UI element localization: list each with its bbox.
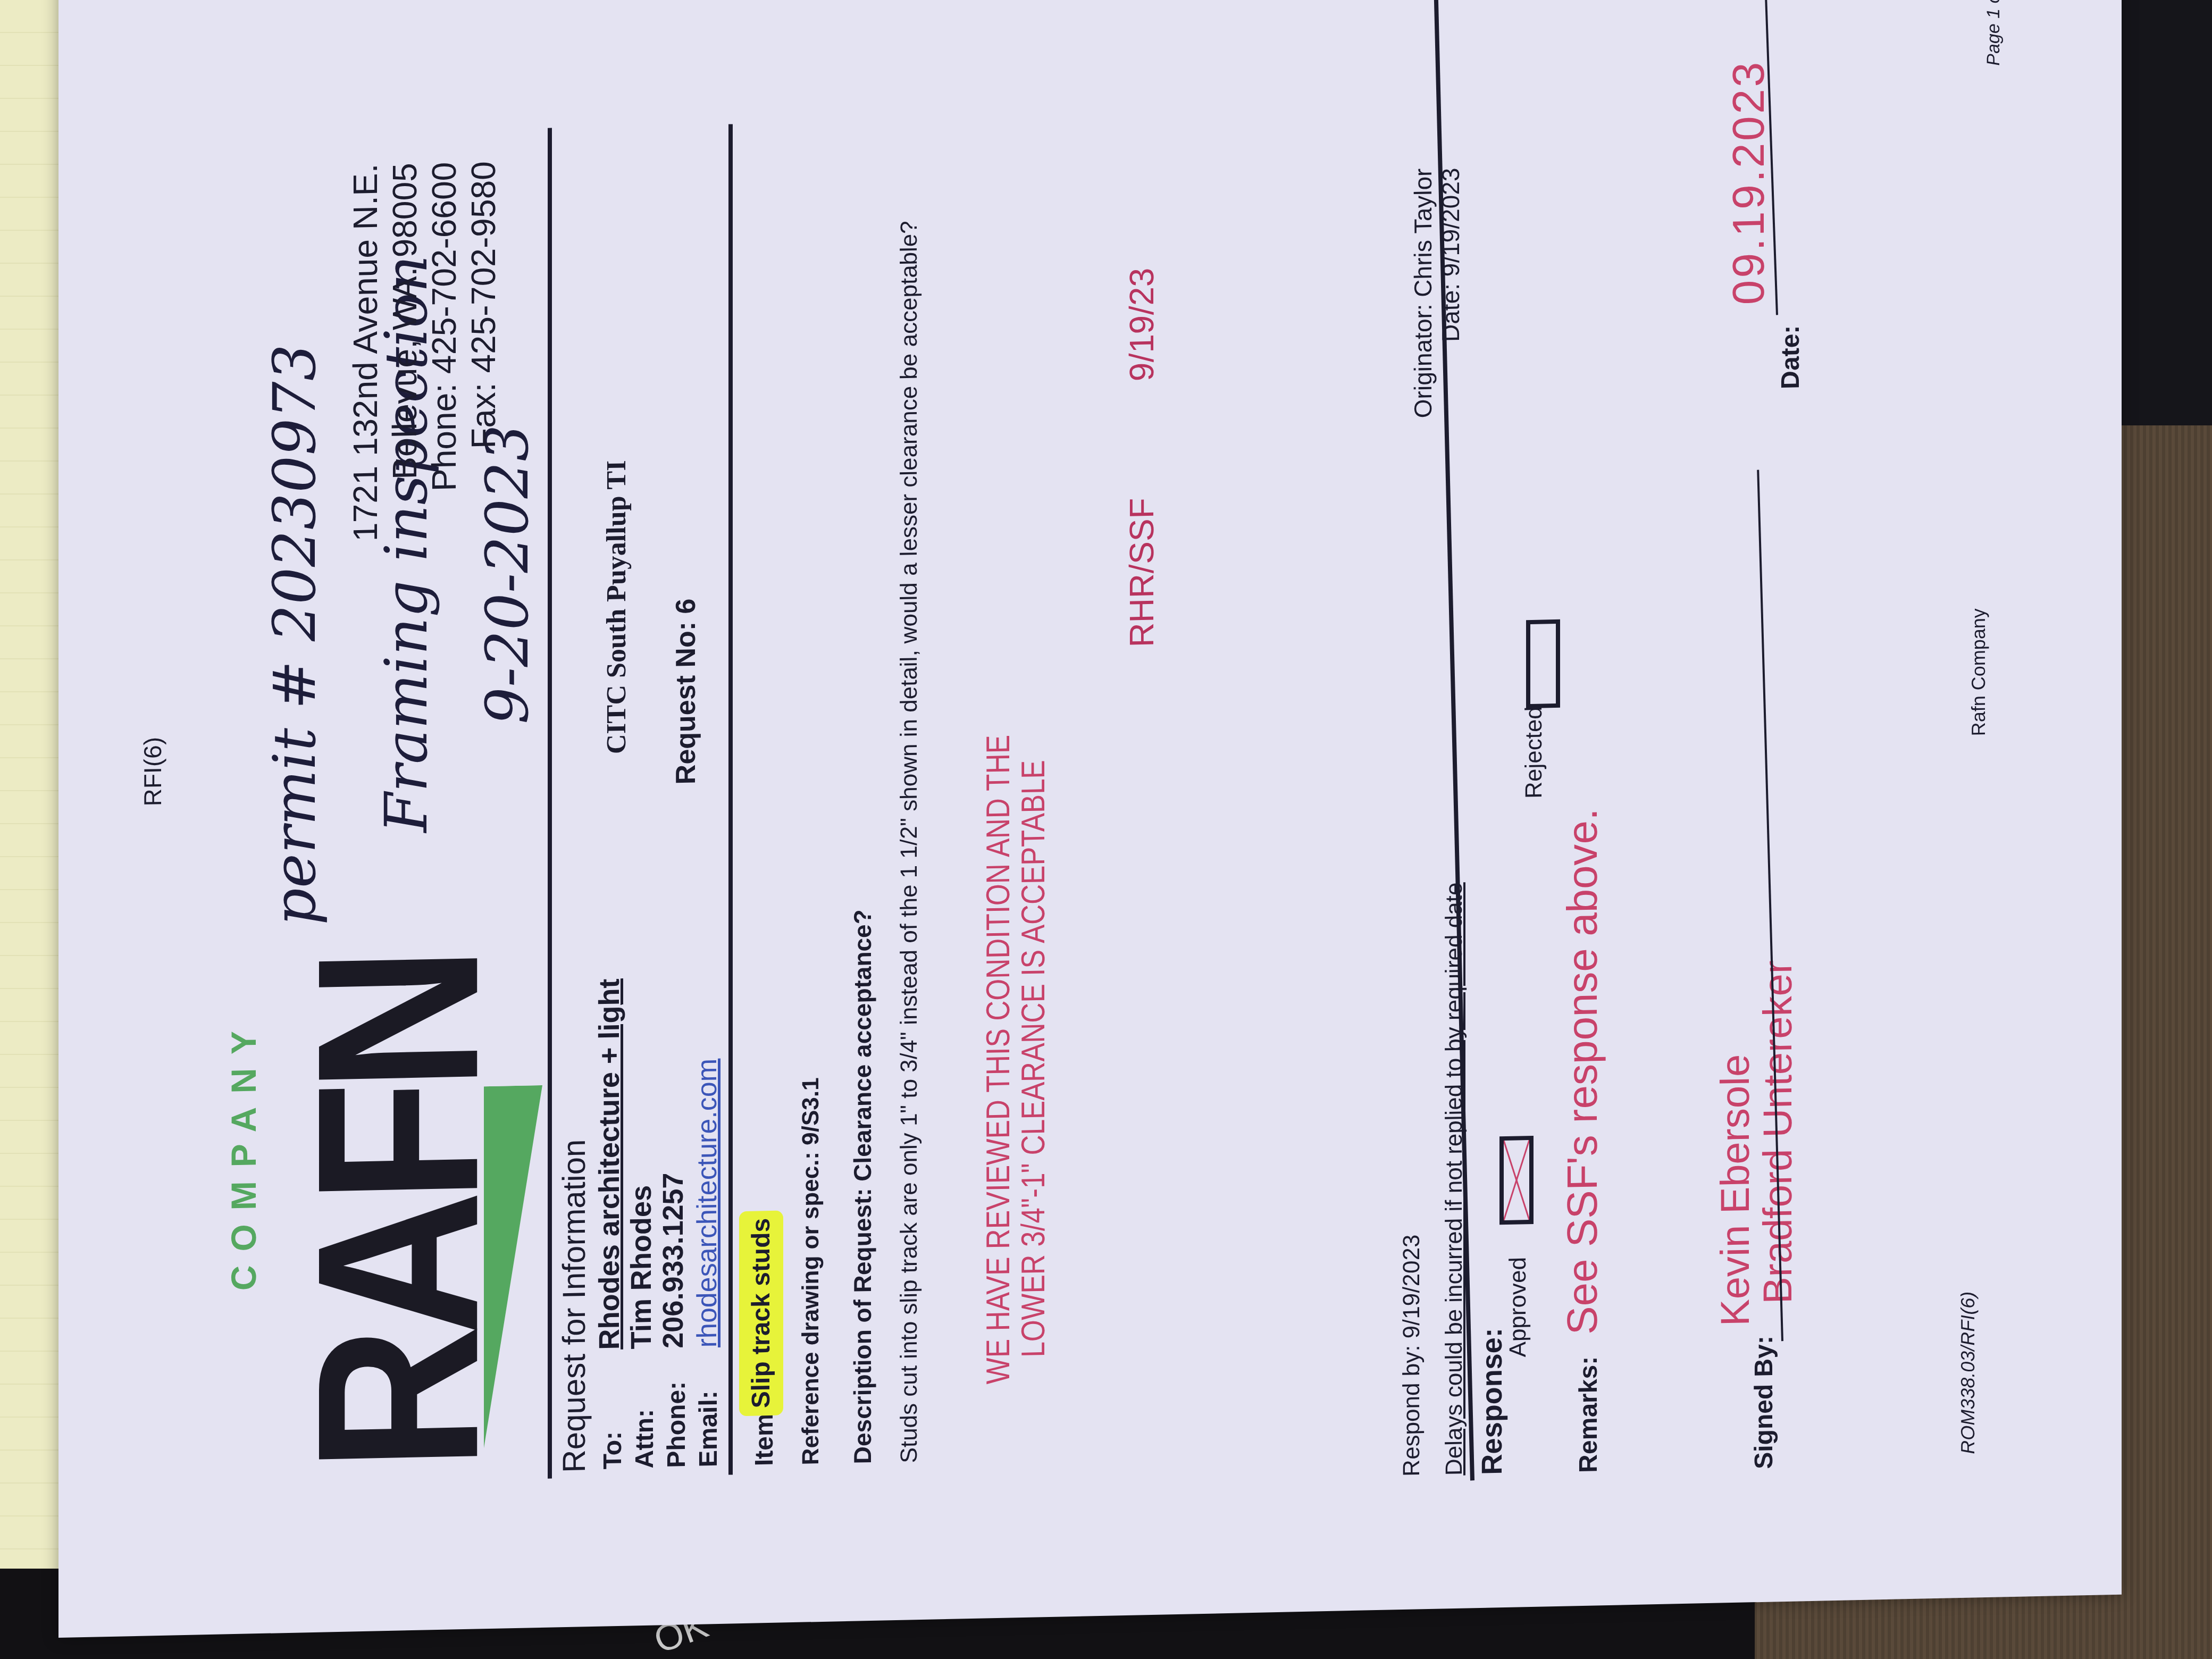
review-stamp-line2: LOWER 3/4"-1" CLEARANCE IS ACCEPTABLE (1016, 734, 1051, 1384)
rejected-label: Rejected (1521, 706, 1547, 799)
logo-wedge-icon (484, 1085, 542, 1448)
divider-item (728, 124, 733, 1474)
email-link[interactable]: rhodesarchitecture.com (691, 1058, 723, 1348)
remarks-value: See SSF's response above. (1558, 808, 1607, 1335)
divider-top (548, 128, 552, 1479)
originator-label: Originator: (1409, 304, 1437, 418)
logo-tagline: COMPANY (223, 1017, 264, 1291)
request-number: Request No: 6 (670, 598, 702, 785)
date-value: 09.19.2023 (1723, 60, 1774, 305)
footer-company: Rafn Company (1967, 608, 1990, 736)
review-stamp: WE HAVE REVIEWED THIS CONDITION AND THE … (981, 734, 1051, 1385)
description-title: Description of Request: Clearance accept… (848, 909, 877, 1464)
originator-block: Originator: Chris Taylor Date: 9/19/2023 (1409, 167, 1464, 418)
review-stamp-line1: WE HAVE REVIEWED THIS CONDITION AND THE (981, 734, 1016, 1384)
document-title: Request for Information (556, 1139, 592, 1473)
remarks-label: Remarks: (1574, 1356, 1603, 1473)
address-phone: Phone: 425-702-6600 (424, 162, 464, 540)
review-initials: RHR/SSF (1122, 498, 1161, 648)
date-label: Date: (1776, 325, 1805, 389)
respond-by: Respond by: 9/19/2023 (1398, 1234, 1425, 1477)
response-label: Response: (1476, 1328, 1509, 1475)
phone-value: 206.933.1257 (657, 1172, 690, 1349)
originator-value: Chris Taylor (1409, 168, 1437, 297)
footer-form-code: ROM338.03/RFI(6) (1957, 1291, 1979, 1454)
reference-drawing: Reference drawing or spec.: 9/S3.1 (798, 1077, 824, 1465)
signer-1: Kevin Ebersole (1712, 1054, 1758, 1327)
handwritten-permit: permit # 20230973 (261, 343, 329, 926)
originator-row: Originator: Chris Taylor (1409, 168, 1437, 418)
rejected-checkbox[interactable] (1526, 619, 1560, 708)
header-code: RFI(6) (138, 736, 167, 806)
approved-label: Approved (1505, 1257, 1531, 1358)
rafn-logo: COMPANY RAFN (234, 1064, 532, 1474)
footer-page-number: Page 1 of 1 (1983, 0, 2004, 66)
originator-date-label: Date: (1437, 283, 1464, 342)
approved-checkbox[interactable] (1499, 1136, 1534, 1225)
rfi-document: RFI(6) COMPANY RAFN permit # 20230973 Fr… (58, 0, 2122, 1638)
paper-sheet: RFI(6) COMPANY RAFN permit # 20230973 Fr… (58, 0, 2122, 1638)
phone-label: Phone: (662, 1381, 691, 1468)
to-label: To: (598, 1431, 627, 1470)
item-value-highlighted: Slip track studs (739, 1210, 783, 1416)
to-value: Rhodes architecture + light (593, 978, 626, 1350)
x-mark-icon (1504, 1140, 1529, 1220)
address-city: Bellevue, WA. 98005 (385, 163, 424, 541)
address-fax: Fax: 425-702-9580 (464, 161, 503, 539)
project-name: CITC South Puyallup TI (601, 460, 632, 755)
originator-date-row: Date: 9/19/2023 (1437, 167, 1464, 418)
company-address: 1721 132nd Avenue N.E. Bellevue, WA. 980… (346, 161, 503, 542)
email-label: Email: (694, 1390, 723, 1468)
signed-by-label: Signed By: (1749, 1336, 1779, 1470)
review-date: 9/19/23 (1122, 267, 1161, 382)
attn-label: Attn: (630, 1409, 659, 1469)
signer-2: Bradford Untereker (1755, 960, 1801, 1304)
originator-date-value: 9/19/2023 (1437, 167, 1464, 277)
attn-value: Tim Rhodes (625, 1185, 658, 1349)
description-body: Studs cut into slip track are only 1" to… (896, 221, 923, 1463)
address-street: 1721 132nd Avenue N.E. (346, 163, 385, 542)
